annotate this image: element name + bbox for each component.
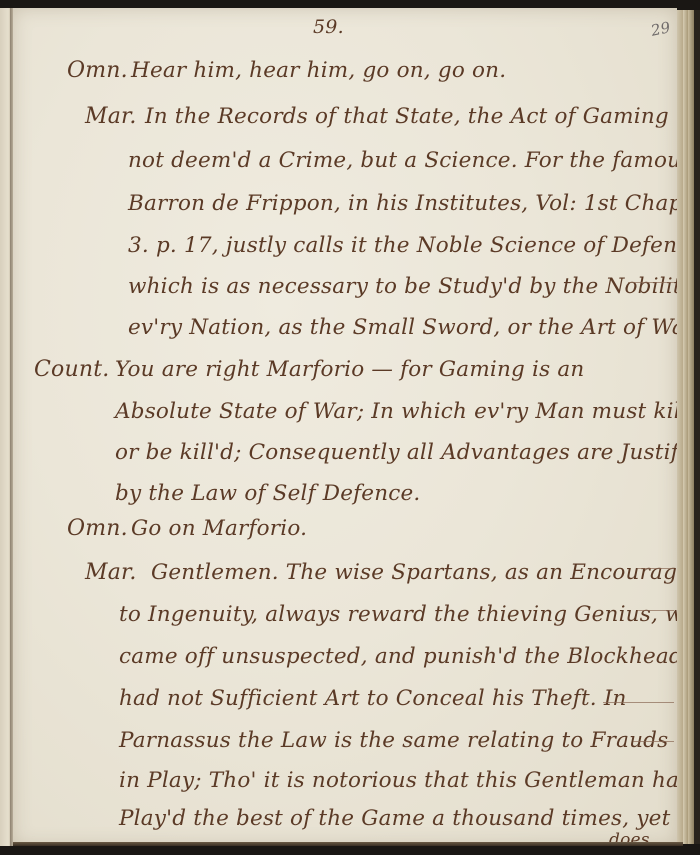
manuscript-line: had not Sufficient Art to Conceal his Th… — [119, 686, 627, 711]
folio-number: 29 — [649, 18, 672, 40]
page-number: 59. — [313, 16, 344, 38]
margin-flourish — [633, 741, 674, 742]
page-edge — [694, 10, 700, 844]
manuscript-line: in Play; Tho' it is notorious that this … — [119, 768, 690, 793]
manuscript-line: Gentlemen. The wise Spartans, as an Enco… — [151, 560, 700, 585]
manuscript-line: 3. p. 17, justly calls it the Noble Scie… — [128, 233, 700, 258]
manuscript-line: Barron de Frippon, in his Institutes, Vo… — [128, 191, 690, 216]
manuscript-line: ev'ry Nation, as the Small Sword, or the… — [128, 315, 700, 340]
speaker-label: Omn. — [67, 58, 128, 83]
margin-flourish — [603, 702, 674, 703]
manuscript-line: Absolute State of War; In which ev'ry Ma… — [115, 399, 688, 424]
scan-background: 59. 29 Omn. Hear him, hear him, go on, g… — [0, 0, 700, 855]
margin-flourish — [638, 610, 674, 611]
speaker-label: Mar. — [85, 560, 137, 585]
speaker-label: Count. — [34, 357, 109, 382]
margin-flourish — [638, 568, 674, 569]
manuscript-line: You are right Marforio — for Gaming is a… — [115, 357, 584, 382]
manuscript-line: not deem'd a Crime, but a Science. For t… — [128, 148, 692, 173]
manuscript-line: Go on Marforio. — [131, 516, 307, 541]
speaker-label: Mar. — [85, 104, 137, 129]
page-bottom-edge — [13, 842, 683, 846]
speaker-label: Omn. — [67, 516, 128, 541]
manuscript-line: came off unsuspected, and punish'd the B… — [119, 644, 700, 669]
manuscript-line: Hear him, hear him, go on, go on. — [131, 58, 506, 83]
manuscript-line: Play'd the best of the Game a thousand t… — [119, 806, 693, 831]
manuscript-line: which is as necessary to be Study'd by t… — [128, 274, 700, 299]
margin-flourish — [628, 282, 674, 283]
manuscript-line: In the Records of that State, the Act of… — [145, 104, 694, 129]
manuscript-page: 59. 29 Omn. Hear him, hear him, go on, g… — [13, 8, 677, 846]
manuscript-line: Parnassus the Law is the same relating t… — [119, 728, 668, 753]
manuscript-line: to Ingenuity, always reward the thieving… — [119, 602, 700, 627]
manuscript-line: or be kill'd; Consequently all Advantage… — [115, 440, 700, 465]
catchword: does — [609, 830, 650, 850]
manuscript-line: by the Law of Self Defence. — [115, 481, 420, 506]
